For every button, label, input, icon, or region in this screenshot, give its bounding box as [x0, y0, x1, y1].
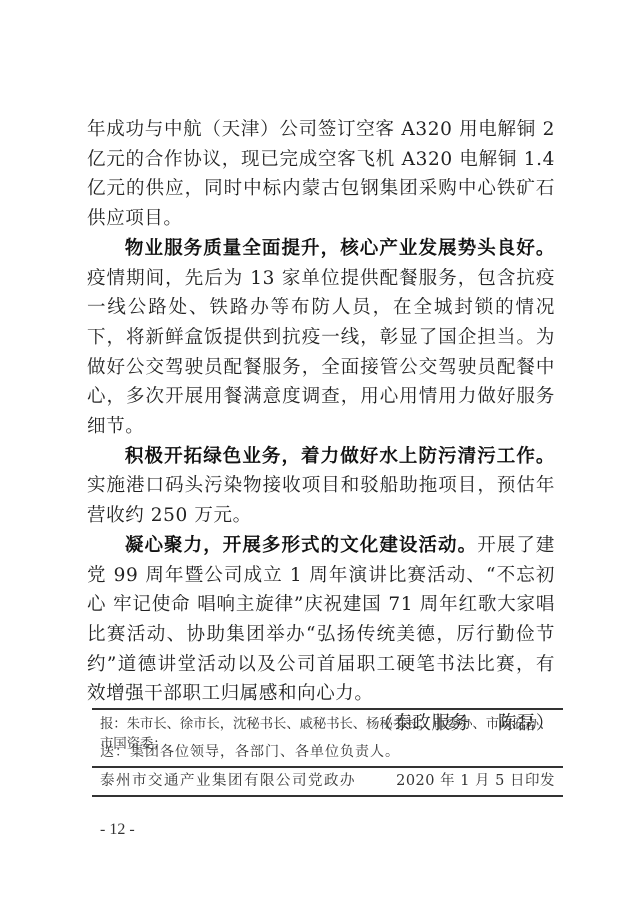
paragraph-green-business: 积极开拓绿色业务，着力做好水上防污清污工作。实施港口码头污染物接收项目和驳船助拖… — [87, 442, 555, 531]
paragraph-culture-activities: 凝心聚力，开展多形式的文化建设活动。开展了建党 99 周年暨公司成立 1 周年演… — [87, 531, 555, 709]
issuer-name: 泰州市交通产业集团有限公司党政办 — [100, 771, 356, 791]
paragraph-text: 疫情期间，先后为 13 家单位提供配餐服务，包含抗疫一线公路处、铁路办等布防人员… — [87, 268, 555, 438]
paragraph-text: 开展了建党 99 周年暨公司成立 1 周年演讲比赛活动、“不忘初心 牢记使命 唱… — [87, 535, 555, 705]
distribution-top-rule — [92, 708, 563, 710]
paragraph-heading: 物业服务质量全面提升，核心产业发展势头良好。 — [125, 238, 555, 259]
issue-footer: 泰州市交通产业集团有限公司党政办 2020 年 1 月 5 日印发 — [100, 771, 555, 791]
distribution-bottom-rule — [92, 795, 563, 797]
paragraph-property-services: 物业服务质量全面提升，核心产业发展势头良好。疫情期间，先后为 13 家单位提供配… — [87, 234, 555, 442]
paragraph-supply-contracts: 年成功与中航（天津）公司签订空客 A320 用电解铜 2 亿元的合作协议，现已完… — [87, 115, 555, 234]
document-body: 年成功与中航（天津）公司签订空客 A320 用电解铜 2 亿元的合作协议，现已完… — [87, 115, 555, 739]
send-to-line: 送：集团各位领导，各部门、各单位负责人。 — [100, 742, 560, 762]
paragraph-heading: 积极开拓绿色业务，着力做好水上防污清污工作。 — [125, 446, 555, 467]
page-number: - 12 - — [100, 820, 135, 840]
paragraph-text: 实施港口码头污染物接收项目和驳船助拖项目，预估年营收约 250 万元。 — [87, 475, 555, 526]
paragraph-heading: 凝心聚力，开展多形式的文化建设活动。 — [125, 535, 477, 556]
paragraph-text: 年成功与中航（天津）公司签订空客 A320 用电解铜 2 亿元的合作协议，现已完… — [87, 119, 555, 229]
distribution-middle-rule — [92, 766, 563, 768]
document-page: 年成功与中航（天津）公司签订空客 A320 用电解铜 2 亿元的合作协议，现已完… — [0, 0, 636, 900]
issue-date: 2020 年 1 月 5 日印发 — [396, 771, 555, 791]
